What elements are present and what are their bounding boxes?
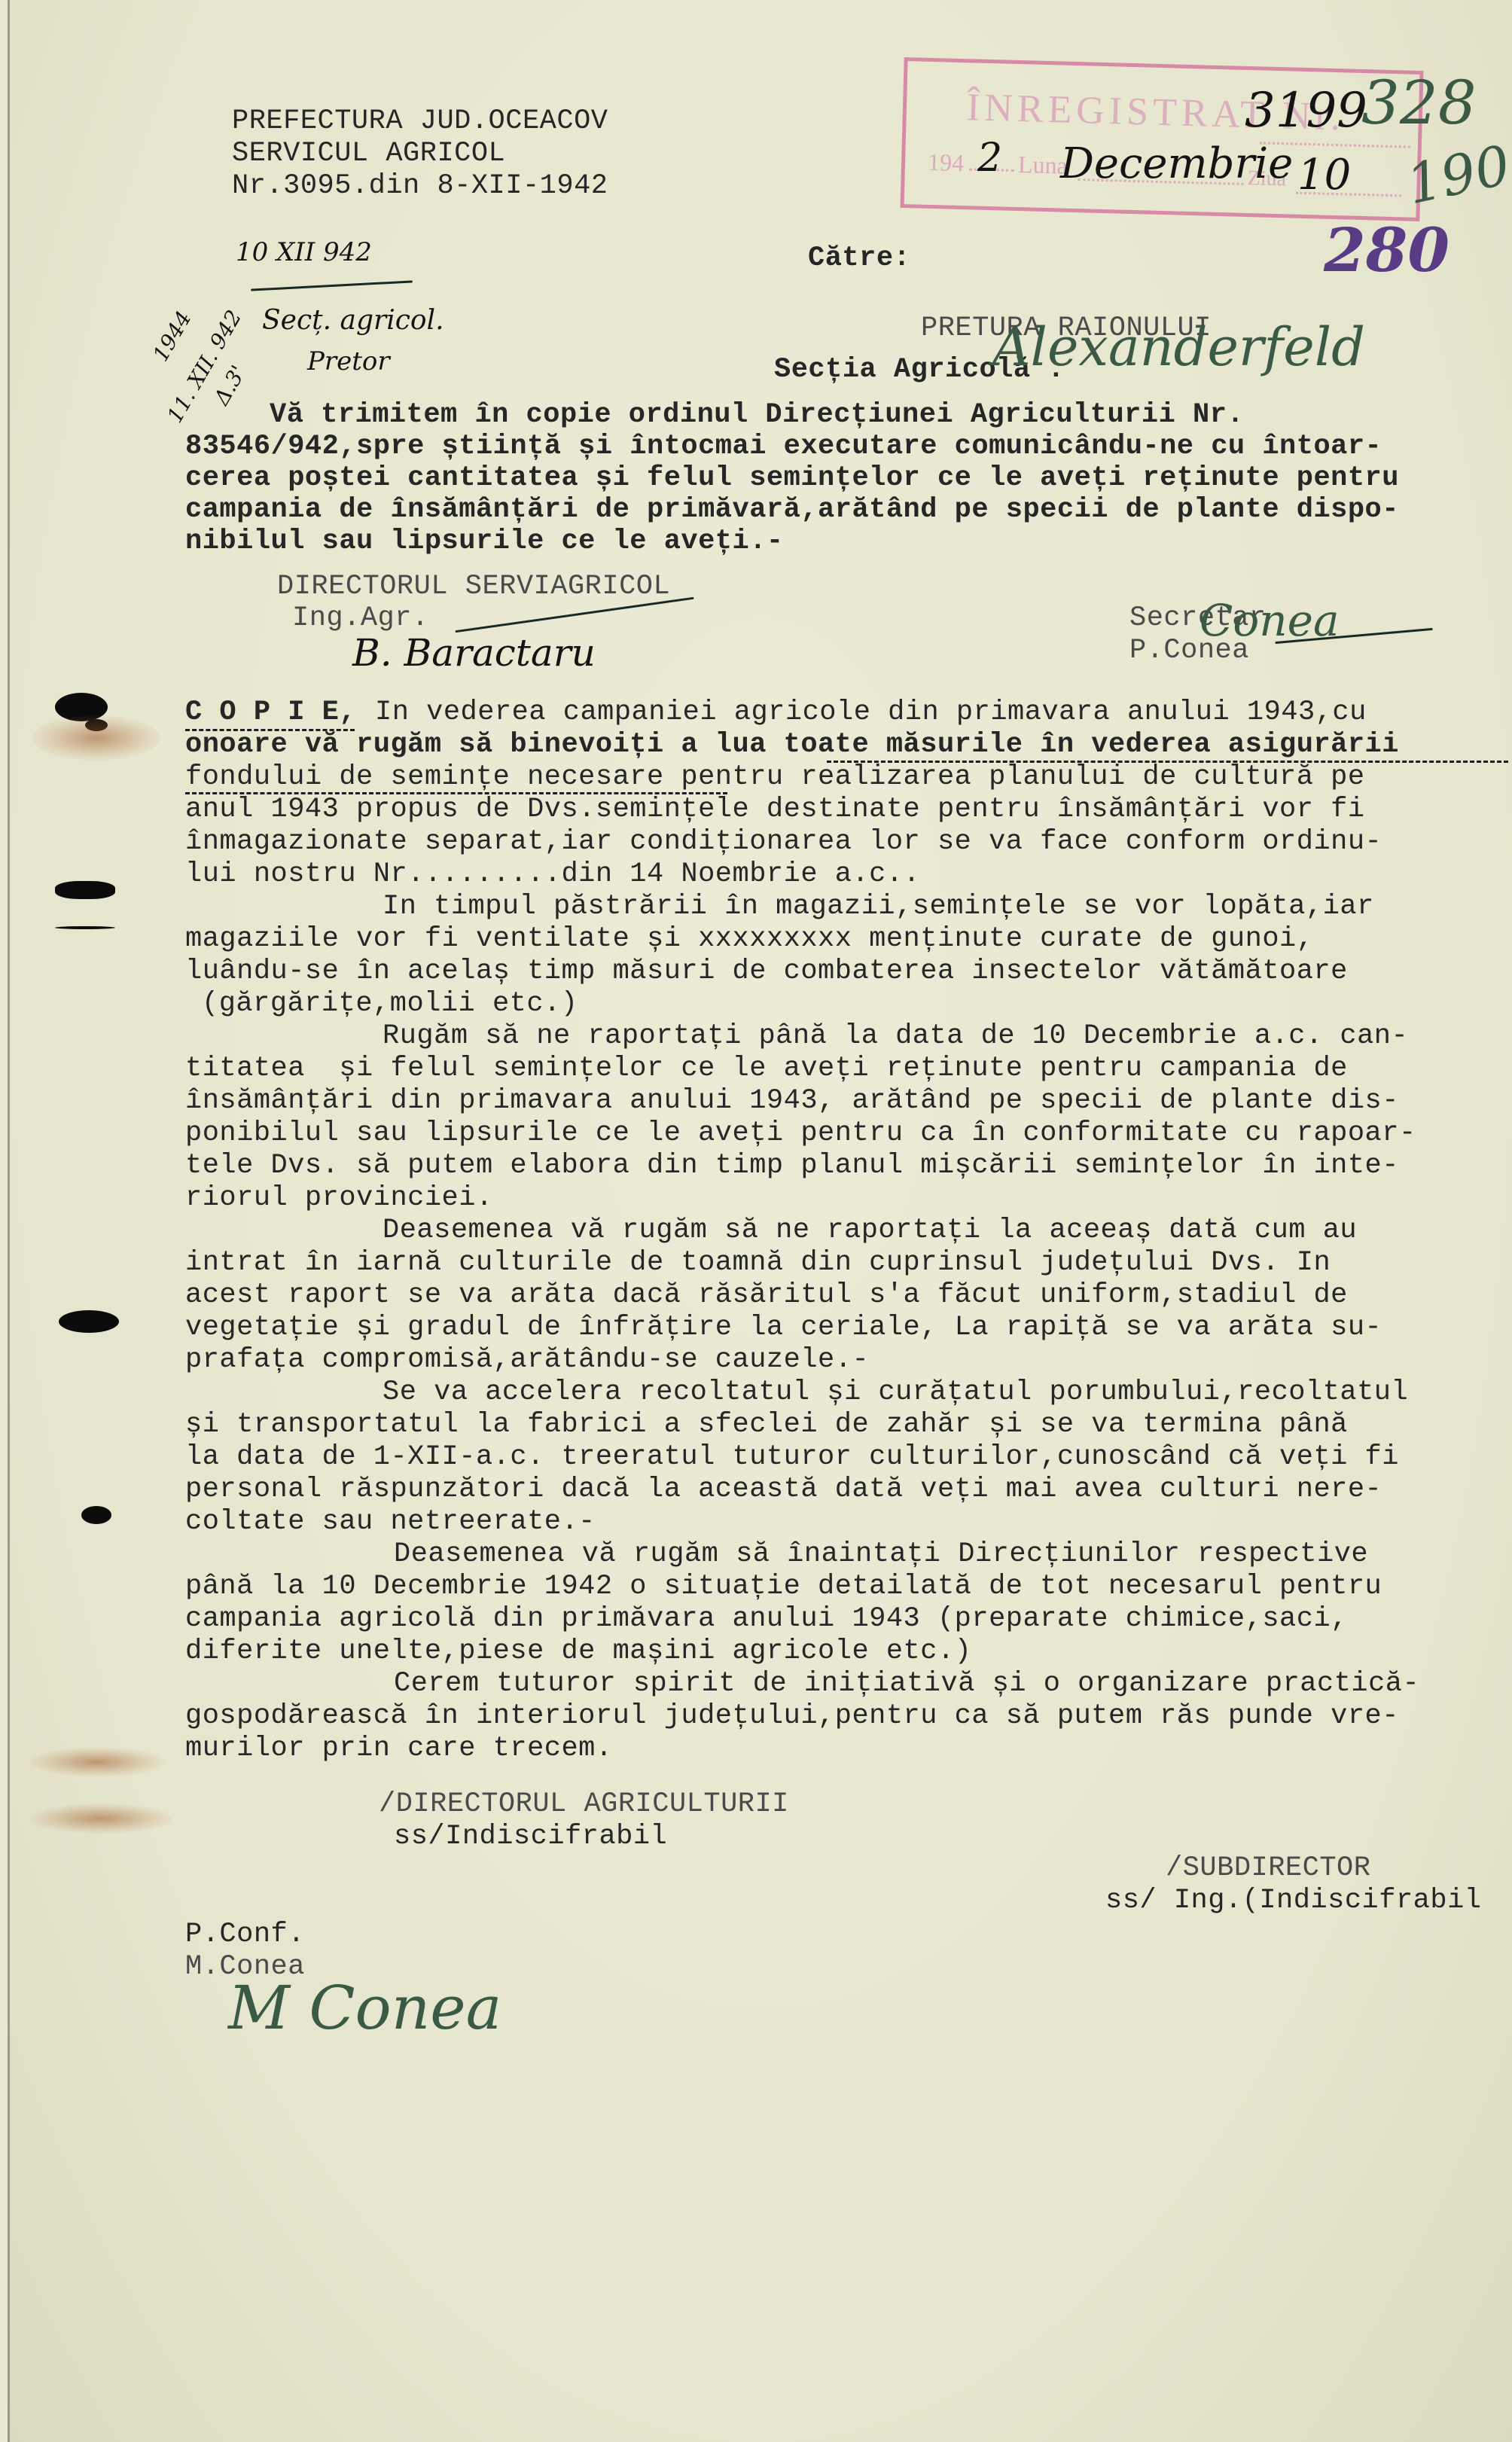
- cover-line-4: campania de însămânțări de primăvară,ară…: [185, 494, 1399, 526]
- copy-p1-line-3: fondului de semințe necesare pentru real…: [185, 761, 1365, 794]
- copy-p7-line-1: Cerem tuturor spirit de inițiativă și o …: [394, 1668, 1419, 1700]
- copy-p6-line-4: diferite unelte,piese de mașini agricole…: [185, 1636, 971, 1668]
- stamp-handwritten-number: 3199: [1245, 83, 1367, 139]
- director-title: DIRECTORUL SERVIAGRICOL: [277, 571, 670, 603]
- copy-p3-line-2: titatea și felul semințelor ce le aveți …: [185, 1053, 1348, 1085]
- rust-stain: [29, 1803, 172, 1834]
- copy-label: C O P I E,: [185, 697, 356, 729]
- cover-line-5: nibilul sau lipsurile ce le aveți.-: [185, 526, 784, 558]
- marginal-note-line-2: Pretor: [307, 346, 390, 377]
- conformity-label: P.Conf.: [185, 1919, 305, 1951]
- copy-p4-line-3: acest raport se va arăta dacă răsăritul …: [185, 1279, 1348, 1312]
- copy-p3-line-3: însămânțări din primavara anului 1943, a…: [185, 1085, 1399, 1117]
- copy-p2-line-1: In timpul păstrării în magazii,semințele…: [383, 891, 1374, 923]
- bottom-director-title: /DIRECTORUL AGRICULTURII: [379, 1788, 789, 1821]
- copy-p3-line-5: tele Dvs. să putem elabora din timp plan…: [185, 1150, 1399, 1182]
- copy-p3-line-1: Rugăm să ne raportați până la data de 10…: [383, 1020, 1408, 1053]
- cover-line-1: Vă trimitem în copie ordinul Direcțiunei…: [270, 399, 1244, 431]
- marginal-note-line-1: Secț. agricol.: [262, 305, 444, 336]
- copy-p6-line-1: Deasemenea vă rugăm să înaintați Direcți…: [394, 1538, 1368, 1571]
- marginal-date-underline: [251, 280, 413, 291]
- copy-p1-line-4: anul 1943 propus de Dvs.semințele destin…: [185, 794, 1365, 826]
- stamp-year-label: 194: [928, 148, 965, 177]
- copy-p2-line-4: (gărgărițe,molii etc.): [202, 988, 578, 1020]
- stamp-handwritten-month: Decembrie: [1060, 139, 1293, 188]
- copy-p5-line-3: la data de 1-XII-a.c. treeratul tuturor …: [185, 1441, 1399, 1474]
- institution-line-1: PREFECTURA JUD.OCEACOV: [232, 105, 608, 138]
- copy-p4-line-5: prafața compromisă,arătându-se cauzele.-: [185, 1344, 869, 1376]
- copy-p1-line-5: înmagazionate separat,iar condiționarea …: [185, 826, 1382, 858]
- stamp-handwritten-ziua: 10: [1297, 151, 1351, 200]
- copy-p2-line-3: luându-se în acelaș timp măsuri de comba…: [185, 956, 1348, 988]
- binding-hole: [81, 1506, 111, 1524]
- copy-p5-line-1: Se va accelera recoltatul și curățatul p…: [383, 1376, 1408, 1409]
- stamp-handwritten-day: 2: [977, 136, 1002, 181]
- bottom-director-sig: ss/Indiscifrabil: [394, 1821, 667, 1853]
- director-degree: Ing.Agr.: [292, 602, 429, 635]
- green-number-1: 328: [1361, 68, 1477, 138]
- cover-line-3: cerea poștei cantitatea și felul semințe…: [185, 462, 1399, 495]
- marginal-date: 10 XII 942: [236, 237, 372, 267]
- to-label: Către:: [808, 242, 910, 275]
- subdirector-title: /SUBDIRECTOR: [1166, 1852, 1370, 1885]
- subdirector-sig: ss/ Ing.(Indiscifrabil: [1105, 1885, 1481, 1917]
- conformity-signature: M Conea: [228, 1973, 501, 2043]
- institution-line-2: SERVICUL AGRICOL: [232, 138, 505, 170]
- recipient-handwritten-location: Alexanderfeld: [992, 316, 1365, 378]
- copy-p6-line-2: până la 10 Decembrie 1942 o situație det…: [185, 1571, 1382, 1603]
- copy-p1-line-2: onoare vă rugăm să binevoiți a lua toate…: [185, 729, 1399, 761]
- copy-p1-line-6: lui nostru Nr.........din 14 Noembrie a.…: [185, 858, 920, 891]
- copy-p5-line-5: coltate sau netreerate.-: [185, 1506, 596, 1538]
- rust-stain: [29, 1747, 164, 1777]
- director-signature: B. Baractaru: [352, 631, 596, 675]
- document-page: PREFECTURA JUD.OCEACOV SERVICUL AGRICOL …: [8, 0, 1512, 2442]
- copy-p1-line-1: In vederea campaniei agricole din primav…: [375, 697, 1367, 729]
- copy-p3-line-4: ponibilul sau lipsurile ce le aveți pent…: [185, 1117, 1416, 1150]
- copy-p6-line-3: campania agricolă din primăvara anului 1…: [185, 1603, 1348, 1636]
- marginal-rotated-note-1: 1944: [148, 306, 197, 365]
- reference-number: Nr.3095.din 8-XII-1942: [232, 170, 608, 203]
- copy-p5-line-4: personal răspunzători dacă la această da…: [185, 1474, 1382, 1506]
- binding-hole: [59, 1310, 119, 1333]
- violet-number: 280: [1324, 215, 1450, 285]
- copy-p3-line-6: riorul provinciei.: [185, 1182, 493, 1215]
- copy-p7-line-2: gospodărească în interiorul județului,pe…: [185, 1700, 1399, 1733]
- binding-hole: [55, 881, 115, 899]
- cover-line-2: 83546/942,spre știință și întocmai execu…: [185, 431, 1382, 463]
- copy-p5-line-2: și transportatul la fabrici a sfeclei de…: [185, 1409, 1348, 1441]
- copy-p4-line-1: Deasemenea vă rugăm să ne raportați la a…: [383, 1215, 1357, 1247]
- copy-p4-line-2: intrat în iarnă culturile de toamnă din …: [185, 1247, 1331, 1279]
- copy-p4-line-4: vegetație și gradul de înfrățire la ceri…: [185, 1312, 1382, 1344]
- copy-p7-line-3: murilor prin care trecem.: [185, 1733, 613, 1765]
- copy-p2-line-2: magaziile vor fi ventilate și xxxxxxxxx …: [185, 923, 1313, 956]
- rust-stain: [32, 715, 160, 761]
- binding-hole: [55, 926, 115, 929]
